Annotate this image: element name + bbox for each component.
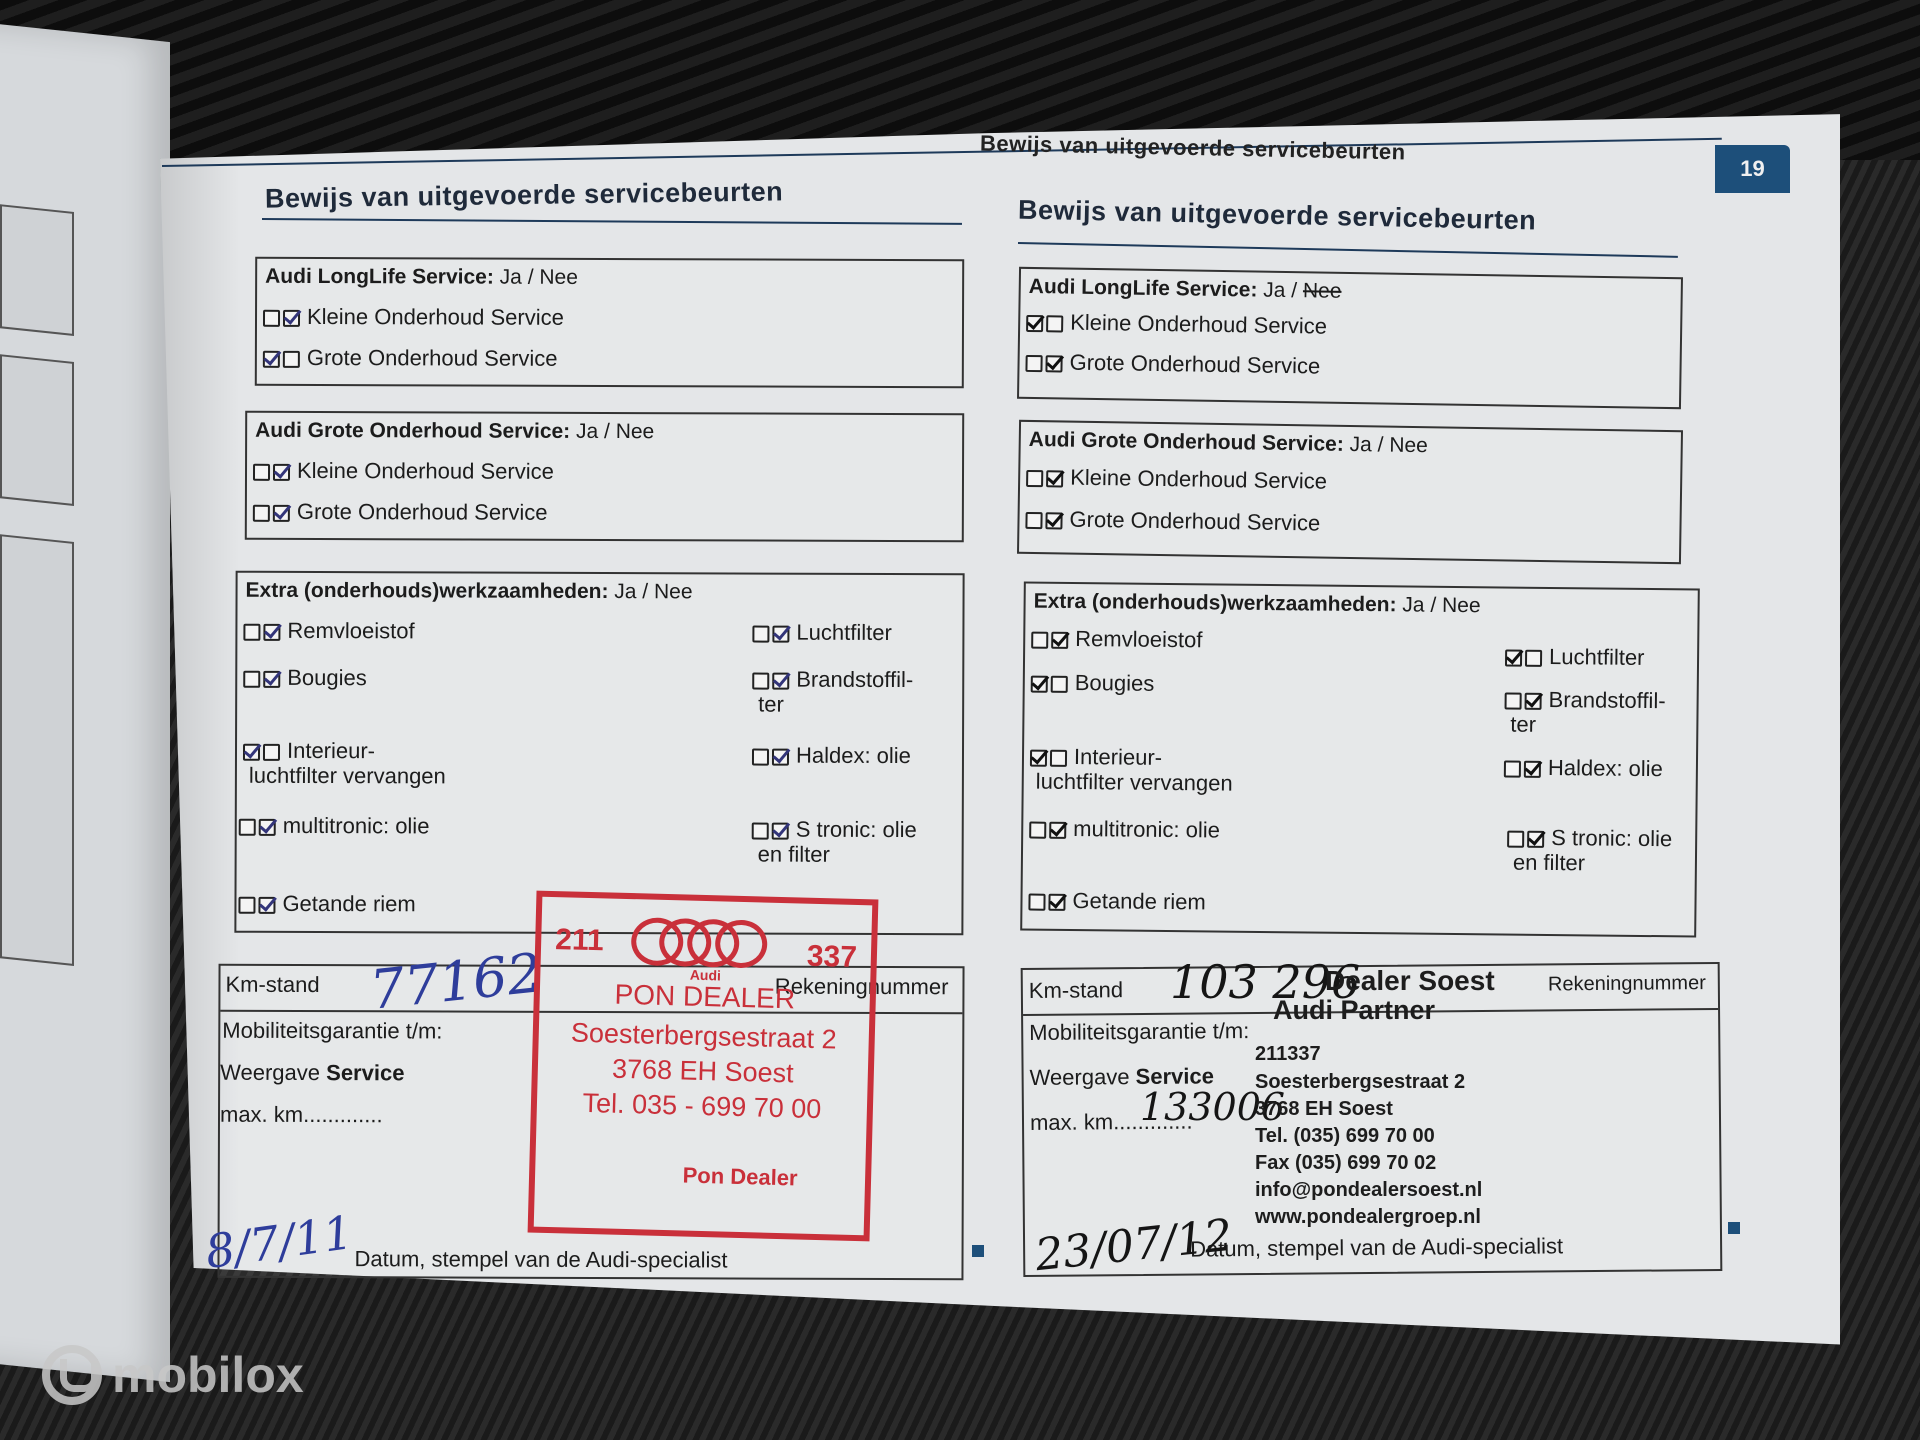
extra-haldex: Haldex: olie [1504,755,1663,782]
dealer-stamp-1: 211 337 Audi PON DEALER Soesterbergsestr… [528,891,879,1242]
longlife-section-2: Audi LongLife Service: Ja / Nee Kleine O… [1017,267,1683,409]
page-number: 19 [1740,156,1764,182]
ghost-box [0,204,74,336]
section-marker [1728,1222,1740,1234]
extra-multitronic: multitronic: olie [239,813,430,839]
ghost-box [0,354,74,506]
checkbox-checked[interactable] [283,310,300,327]
checkbox-checked[interactable] [1505,650,1522,667]
checkbox-checked[interactable] [772,626,789,643]
grote-section-1: Audi Grote Onderhoud Service: Ja / Nee K… [245,411,964,543]
grote-grote-row: Grote Onderhoud Service [253,499,548,525]
longlife-section-1: Audi LongLife Service: Ja / Nee Kleine O… [255,257,964,388]
audi-rings-icon [631,917,762,964]
page-number-tab: 19 [1715,145,1790,193]
extra-section-2: Extra (onderhouds)werkzaamheden: Ja / Ne… [1020,581,1700,937]
checkbox-checked[interactable] [1026,315,1043,332]
grote-grote-row: Grote Onderhoud Service [1025,506,1320,536]
ghost-box [0,534,74,966]
extra-brandstoffilter: Brandstoffil-ter [752,667,913,718]
extra-interieur: Interieur-luchtfilter vervangen [243,738,446,789]
display-label: Weergave Service [220,1060,404,1087]
grote-heading: Audi Grote Onderhoud Service: Ja / Nee [1029,428,1428,458]
checkbox-checked[interactable] [263,351,280,368]
grote-section-2: Audi Grote Onderhoud Service: Ja / Nee K… [1017,420,1683,564]
checkbox-checked[interactable] [1046,470,1063,487]
footer-label: Datum, stempel van de Audi-specialist [1190,1233,1563,1262]
maxkm-label: max. km............. [220,1102,383,1129]
checkbox-checked[interactable] [772,823,789,840]
pon-dealer-logo: Pon Dealer [575,1160,906,1195]
checkbox-checked[interactable] [273,505,290,522]
checkbox-checked[interactable] [1031,676,1048,693]
extra-interieur: Interieur-luchtfilter vervangen [1030,744,1233,797]
extra-getande-riem: Getande riem [238,891,415,917]
longlife-heading: Audi LongLife Service: Ja / Nee [265,265,578,290]
extra-heading: Extra (onderhouds)werkzaamheden: Ja / Ne… [246,579,693,605]
checkbox-checked[interactable] [258,897,275,914]
mobility-label: Mobiliteitsgarantie t/m: [222,1018,442,1045]
checkbox-checked[interactable] [243,744,260,761]
km-label: Km-stand [225,972,319,998]
extra-luchtfilter: Luchtfilter [752,620,891,646]
longlife-heading: Audi LongLife Service: Ja / Nee [1029,275,1342,304]
extra-bougies: Bougies [1031,670,1155,697]
longlife-grote-row: Grote Onderhoud Service [1025,349,1320,379]
km-label: Km-stand [1029,977,1123,1004]
extra-luchtfilter: Luchtfilter [1505,644,1645,671]
checkbox-checked[interactable] [1030,750,1047,767]
checkbox-checked[interactable] [263,624,280,641]
extra-stronic: S tronic: olieen filter [1507,825,1673,877]
extra-remvloeistof: Remvloeistof [243,618,414,644]
checkbox-checked[interactable] [772,673,789,690]
checkbox-checked[interactable] [1045,512,1062,529]
extra-getande-riem: Getande riem [1028,888,1206,915]
checkbox-checked[interactable] [1049,822,1066,839]
footer-label: Datum, stempel van de Audi-specialist [354,1246,727,1273]
section-marker [972,1245,984,1257]
longlife-kleine-row: Kleine Onderhoud Service [263,304,564,330]
checkbox-checked[interactable] [1527,831,1544,848]
grote-heading: Audi Grote Onderhoud Service: Ja / Nee [255,419,654,444]
extra-stronic: S tronic: olieen filter [752,817,917,868]
checkbox-checked[interactable] [1048,894,1065,911]
extra-remvloeistof: Remvloeistof [1031,626,1202,653]
extra-brandstoffilter: Brandstoffil-ter [1504,687,1666,739]
longlife-grote-row: Grote Onderhoud Service [263,345,558,371]
checkbox-checked[interactable] [1524,761,1541,778]
grote-kleine-row: Kleine Onderhoud Service [253,458,554,484]
checkbox-checked[interactable] [273,464,290,481]
previous-page [0,20,170,1382]
mobilox-logo-icon [42,1345,102,1405]
extra-heading: Extra (onderhouds)werkzaamheden: Ja / Ne… [1034,590,1481,619]
checkbox[interactable] [253,505,270,522]
checkbox[interactable] [263,310,280,327]
extra-multitronic: multitronic: olie [1029,816,1220,843]
checkbox-checked[interactable] [1525,693,1542,710]
checkbox-checked[interactable] [263,671,280,688]
checkbox-checked[interactable] [772,749,789,766]
checkbox-checked[interactable] [1051,632,1068,649]
checkbox[interactable] [283,351,300,368]
checkbox-checked[interactable] [259,819,276,836]
watermark: mobilox [42,1345,304,1405]
invoice-label: Rekeningnummer [1548,972,1706,996]
checkbox-checked[interactable] [1045,355,1062,372]
extra-bougies: Bougies [243,665,367,691]
grote-kleine-row: Kleine Onderhoud Service [1026,464,1327,494]
extra-section-1: Extra (onderhouds)werkzaamheden: Ja / Ne… [234,571,964,936]
longlife-kleine-row: Kleine Onderhoud Service [1026,309,1327,339]
extra-haldex: Haldex: olie [752,743,911,769]
checkbox[interactable] [253,464,270,481]
mobility-label: Mobiliteitsgarantie t/m: [1029,1018,1249,1046]
